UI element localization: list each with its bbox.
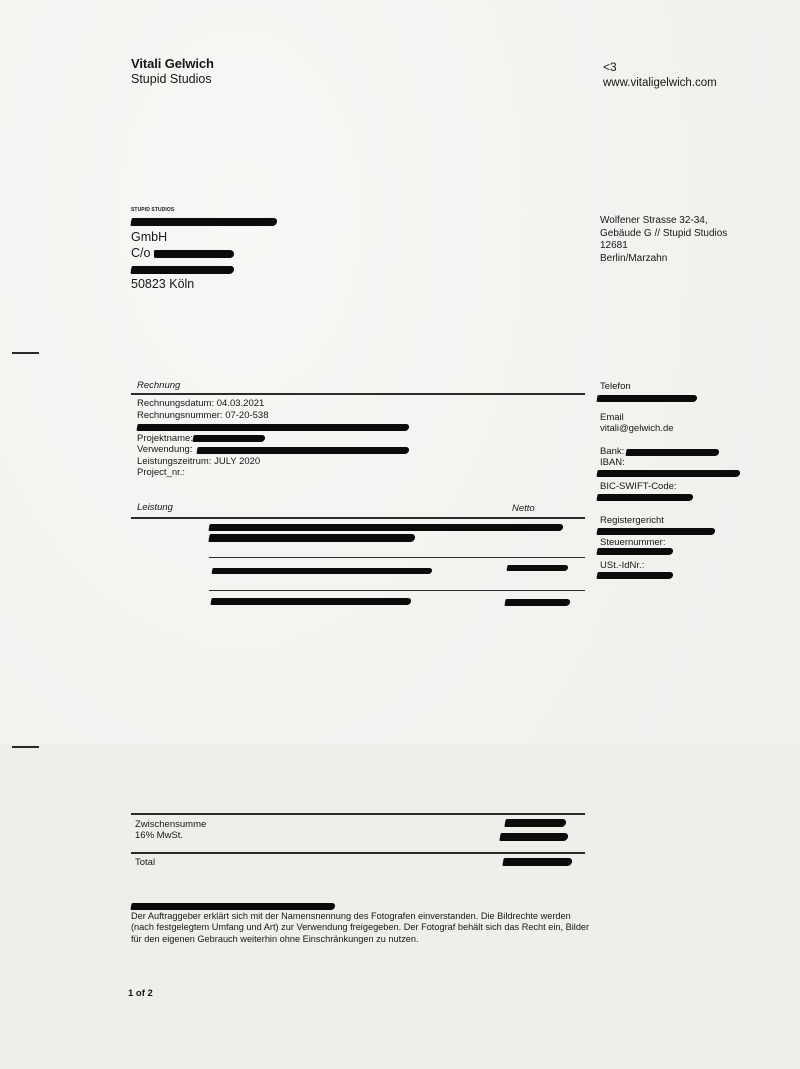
service-period: Leistungszeitrum: JULY 2020 [137,456,269,468]
project-name-redaction [192,435,265,442]
fold-mark-bottom [12,746,39,748]
phone-redaction [596,395,697,402]
row2-description-redaction [211,568,432,574]
service-period-value: JULY 2020 [214,456,260,467]
paper-fold-shade [0,745,800,1069]
row1-description-redaction-2 [208,534,415,542]
total-redaction [502,858,572,866]
recipient-line3: C/o [131,245,234,261]
website-link[interactable]: www.vitaligelwich.com [603,77,717,89]
subtotal-label: Zwischensumme [135,819,206,831]
row3-description-redaction [210,598,411,605]
total-label: Total [135,857,155,869]
email-label: Email [600,412,624,424]
bic-redaction [596,494,693,501]
sender-return-line: STUPID STUDIOS [131,207,174,213]
service-column-header: Leistung [137,502,173,513]
fold-mark-top [12,352,39,354]
recipient-line4-redaction [130,266,234,274]
vat-redaction [499,833,568,841]
recipient-city: 50823 Köln [131,276,194,292]
row-divider [209,557,585,558]
invoice-number-value: 07-20-538 [225,410,268,421]
recipient-line3-redaction [154,250,234,258]
usage-redaction [196,447,409,454]
totals-divider-top [131,813,585,815]
divider [131,393,585,395]
net-column-header: Netto [512,503,535,514]
subtotal-redaction [504,819,566,827]
invoice-number-label: Rechnungsnummer: [137,410,223,421]
vat-label: 16% MwSt. [135,830,183,842]
sender-address: Wolfener Strasse 32-34, Gebäude G // Stu… [600,215,727,265]
bic-label: BIC-SWIFT-Code: [600,481,677,493]
phone-label: Telefon [600,381,631,393]
row1-description-redaction [208,524,563,531]
table-header-divider [131,517,585,519]
studio-name: Stupid Studios [131,72,212,86]
invoice-date: Rechnungsdatum: 04.03.2021 [137,398,269,410]
tagline: <3 [603,60,617,74]
service-period-label: Leistungszeitrum: [137,456,211,467]
register-court-label: Registergericht [600,515,664,527]
invoice-section-label: Rechnung [137,380,180,391]
address-line: Berlin/Marzahn [600,253,727,266]
usage-rights-notice: Der Auftraggeber erklärt sich mit der Na… [131,911,591,945]
register-court-redaction [596,528,715,535]
recipient-co-prefix: C/o [131,246,150,260]
invoice-page: Vitali Gelwich Stupid Studios <3 www.vit… [0,0,800,1069]
row3-net-redaction [504,599,570,606]
project-nr: Project_nr.: [137,467,269,479]
email-value[interactable]: vitali@gelwich.de [600,423,674,435]
iban-redaction [596,470,740,477]
author-name: Vitali Gelwich [131,56,214,71]
row-divider [209,590,585,591]
project-name-label: Projektname: [137,433,193,444]
bank-redaction [625,449,719,456]
vat-id-redaction [596,572,673,579]
address-line: Gebäude G // Stupid Studios [600,228,727,241]
recipient-line2: GmbH [131,229,167,245]
invoice-number: Rechnungsnummer: 07-20-538 [137,410,269,422]
iban-label: IBAN: [600,457,625,469]
invoice-date-label: Rechnungsdatum: [137,398,214,409]
usage-label: Verwendung: [137,444,192,455]
invoice-date-value: 04.03.2021 [217,398,265,409]
bank-label: Bank: [600,446,624,458]
tax-number-redaction [596,548,673,555]
recipient-line1-redaction [130,218,277,226]
footer-heading-redaction [130,903,335,910]
address-line: 12681 [600,240,727,253]
vat-id-label: USt.-IdNr.: [600,560,644,572]
page-number: 1 of 2 [128,988,153,999]
address-line: Wolfener Strasse 32-34, [600,215,727,228]
project-nr-label: Project_nr.: [137,467,185,478]
tax-number-label: Steuernummer: [600,537,665,549]
row2-net-redaction [506,565,568,571]
meta-line-redaction [136,424,409,431]
totals-divider-bottom [131,852,585,854]
